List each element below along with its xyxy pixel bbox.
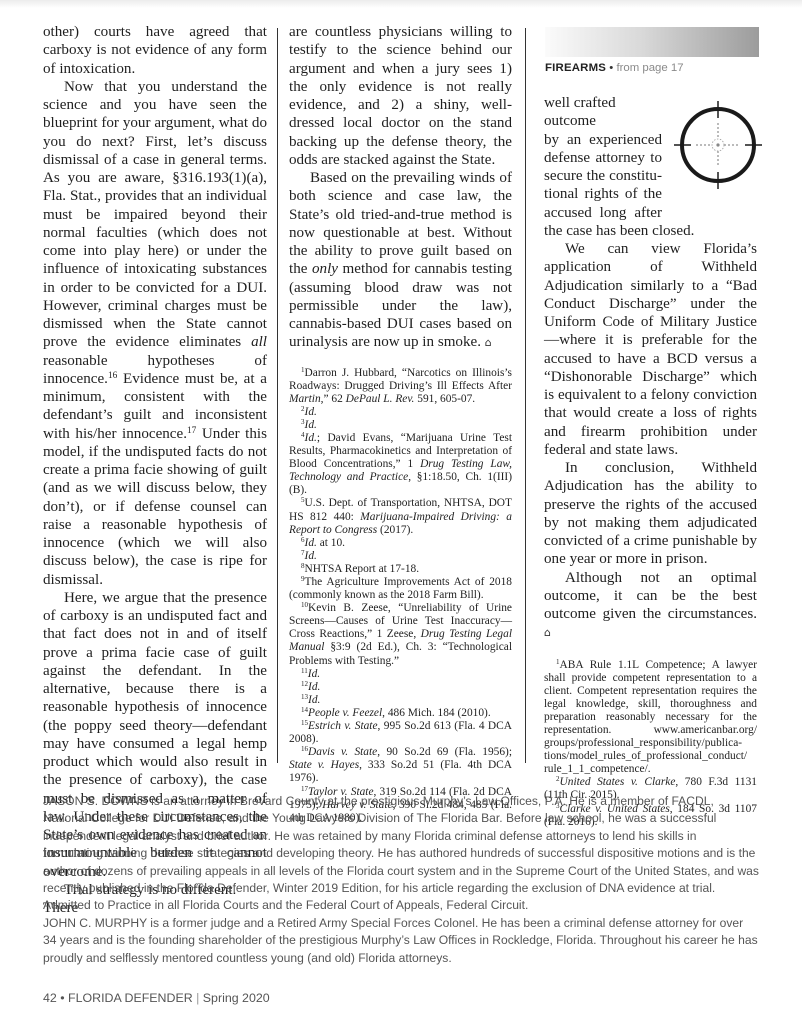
author-bio-jason-downs: JASON S. DOWNS is an attorney in Brevard… bbox=[43, 793, 759, 915]
text-line: defense attorney to bbox=[544, 149, 662, 167]
endnote: 16Davis v. State, 90 So.2d 69 (Fla. 1956… bbox=[289, 746, 512, 785]
endnote: 11Id. bbox=[289, 668, 512, 681]
endnote: 8NHTSA Report at 17-18. bbox=[289, 563, 512, 576]
page-number: 42 bbox=[43, 991, 57, 1005]
page-top-shadow bbox=[0, 0, 802, 8]
endnote: 5U.S. Dept. of Transportation, NHTSA, DO… bbox=[289, 497, 512, 536]
citation-italic: State v. Hayes bbox=[289, 759, 359, 771]
column-divider bbox=[277, 28, 278, 763]
citation-italic: Id. bbox=[305, 406, 317, 418]
section-label: FIREARMS bbox=[545, 62, 606, 74]
section-banner bbox=[545, 27, 759, 57]
endnote: 2Id. bbox=[289, 406, 512, 419]
citation-text: ” 62 bbox=[324, 393, 346, 405]
page-footer: 42 • FLORIDA DEFENDER | Spring 2020 bbox=[43, 991, 270, 1005]
emphasis: only bbox=[312, 261, 338, 277]
article-column-1: other) courts have agreed that carboxy i… bbox=[43, 23, 267, 917]
endnote: 7Id. bbox=[289, 550, 512, 563]
citation-italic: Id. bbox=[308, 681, 320, 693]
citation-italic: Id. bbox=[305, 537, 317, 549]
citation-italic: People v. Feezel bbox=[308, 707, 382, 719]
citation-italic: Id. bbox=[308, 694, 320, 706]
bullet: • bbox=[609, 62, 613, 74]
continued-from-kicker: FIREARMS • from page 17 bbox=[545, 62, 684, 74]
citation-italic: Martin, bbox=[289, 393, 324, 405]
end-of-article-icon: ⌂ bbox=[544, 626, 551, 639]
paragraph: Although not an optimal outcome, it can … bbox=[544, 569, 757, 643]
citation-italic: Davis v. State bbox=[308, 746, 377, 758]
text-line: accused long after bbox=[544, 204, 662, 222]
footnote-ref[interactable]: 16 bbox=[108, 371, 117, 381]
citation-italic: DePaul L. Rev. bbox=[346, 393, 415, 405]
text-line: tional rights of the bbox=[544, 185, 662, 203]
paragraph: We can view Florida’s application of Wit… bbox=[544, 240, 757, 459]
paragraph: Now that you understand the science and … bbox=[43, 78, 267, 589]
citation-text: NHTSA Report at 17-18. bbox=[305, 563, 420, 575]
endnote-number: 15 bbox=[301, 719, 308, 727]
endnote: 6Id. at 10. bbox=[289, 537, 512, 550]
end-of-article-icon: ⌂ bbox=[485, 336, 492, 349]
text-line: well crafted outcome bbox=[544, 94, 662, 131]
citation-italic: Id. bbox=[305, 419, 317, 431]
paragraph: other) courts have agreed that carboxy i… bbox=[43, 23, 267, 78]
endnote-number: 16 bbox=[301, 745, 308, 753]
citation-text: ABA Rule 1.1L Competence; A lawyer shall… bbox=[544, 659, 757, 776]
endnote-number: 17 bbox=[301, 785, 308, 793]
citation-text: , 90 So.2d 69 (Fla. 1956); bbox=[377, 746, 512, 758]
paragraph: In conclusion, Withheld Adjudi­cation ha… bbox=[544, 459, 757, 569]
citation-text: The Agriculture Improvements Act of 2018… bbox=[289, 576, 512, 601]
endnote: 9The Agriculture Improvements Act of 201… bbox=[289, 576, 512, 602]
citation-text: 591, 605-07. bbox=[414, 393, 475, 405]
text-line: by an experienced bbox=[544, 131, 662, 149]
continued-from-link[interactable]: from page 17 bbox=[616, 62, 683, 74]
issue-date: Spring 2020 bbox=[203, 991, 270, 1005]
endnote-number: 12 bbox=[301, 680, 308, 688]
separator: | bbox=[196, 991, 199, 1005]
endnote: 13Id. bbox=[289, 694, 512, 707]
citation-italic: United States v. Clarke bbox=[560, 776, 676, 788]
endnote: 1Darron J. Hubbard, “Narcotics on Illino… bbox=[289, 367, 512, 406]
citation-text: (2017). bbox=[377, 524, 413, 536]
endnote: 1ABA Rule 1.1L Competence; A lawyer shal… bbox=[544, 659, 757, 777]
paragraph: Based on the prevailing winds of both sc… bbox=[289, 169, 512, 353]
endnote: 4Id.; David Evans, “Marijuana Urine Test… bbox=[289, 432, 512, 497]
text-line: secure the constitu- bbox=[544, 167, 662, 185]
endnote-number: 11 bbox=[301, 667, 308, 675]
endnote: 12Id. bbox=[289, 681, 512, 694]
endnote: 10Kevin B. Zeese, “Unreliability of Urin… bbox=[289, 602, 512, 667]
bullet: • bbox=[60, 991, 64, 1005]
paragraph: are countless physicians willing to test… bbox=[289, 23, 512, 169]
author-bio-john-murphy: JOHN C. MURPHY is a former judge and a R… bbox=[43, 915, 759, 967]
citation-text: at 10. bbox=[317, 537, 345, 549]
citation-italic: Id. bbox=[308, 668, 320, 680]
endnotes-list: 1Darron J. Hubbard, “Narcotics on Illino… bbox=[289, 367, 512, 825]
column-divider bbox=[525, 28, 526, 763]
endnote-number: 14 bbox=[301, 706, 308, 714]
endnote: 14People v. Feezel, 486 Mich. 184 (2010)… bbox=[289, 707, 512, 720]
citation-italic: Id. bbox=[305, 550, 317, 562]
citation-text: , 486 Mich. 184 (2010). bbox=[382, 707, 491, 719]
emphasis: all bbox=[251, 334, 267, 350]
paragraph: the case has been closed. bbox=[544, 222, 757, 240]
citation-italic: Id. bbox=[305, 432, 317, 444]
article-column-2: are countless physicians willing to test… bbox=[289, 23, 512, 825]
endnote-number: 13 bbox=[301, 693, 308, 701]
citation-text: Darron J. Hubbard, “Narcotics on Illinoi… bbox=[289, 367, 512, 392]
endnote: 15Estrich v. State, 995 So.2d 613 (Fla. … bbox=[289, 720, 512, 746]
article-column-3: well crafted outcome by an experienced d… bbox=[544, 94, 757, 829]
footnote-ref[interactable]: 17 bbox=[187, 425, 196, 435]
citation-italic: Estrich v. State bbox=[308, 720, 377, 732]
publication-name: FLORIDA DEFENDER bbox=[68, 991, 193, 1005]
wrapped-text: well crafted outcome by an experienced d… bbox=[544, 94, 662, 222]
endnote-number: 10 bbox=[301, 601, 308, 609]
endnote: 3Id. bbox=[289, 419, 512, 432]
